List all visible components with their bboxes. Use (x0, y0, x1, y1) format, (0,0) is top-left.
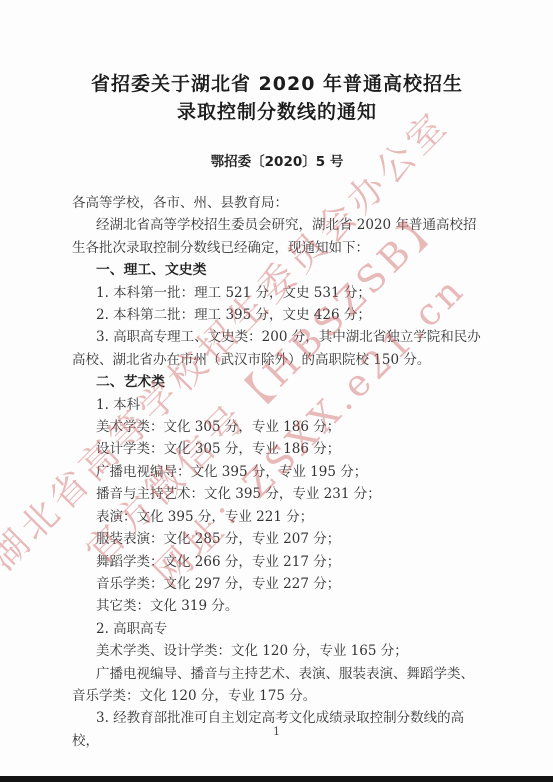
list-item: 播音与主持艺术：文化 395 分，专业 231 分； (72, 483, 482, 505)
document-title: 省招委关于湖北省 2020 年普通高校招生 录取控制分数线的通知 (72, 70, 482, 126)
list-item: 美术学类：文化 305 分，专业 186 分； (72, 416, 482, 438)
list-item: 服装表演：文化 285 分，专业 207 分； (72, 528, 482, 550)
list-item: 2. 本科第二批：理工 395 分，文史 426 分； (72, 304, 482, 326)
list-item: 2. 高职高专 (72, 618, 482, 640)
list-item: 1. 本科 (72, 394, 482, 416)
list-item: 1. 本科第一批：理工 521 分，文史 531 分； (72, 282, 482, 304)
section-heading-science-liberal-arts: 一、理工、文史类 (72, 259, 482, 281)
section-heading-arts: 二、艺术类 (72, 371, 482, 393)
list-item: 舞蹈学类：文化 266 分，专业 217 分； (72, 551, 482, 573)
list-item: 设计学类：文化 305 分，专业 186 分； (72, 438, 482, 460)
intro-paragraph: 经湖北省高等学校招生委员会研究，湖北省 2020 年普通高校招生各批次录取控制分… (72, 214, 482, 259)
list-item: 3. 高职高专理工、文史类：200 分，其中湖北省独立学院和民办高校、湖北省办在… (72, 326, 482, 371)
list-item: 美术学类、设计学类：文化 120 分，专业 165 分； (72, 640, 482, 662)
document-title-line1: 省招委关于湖北省 2020 年普通高校招生 (91, 73, 463, 95)
list-item: 表演：文化 395 分，专业 221 分； (72, 506, 482, 528)
list-item: 广播电视编导、播音与主持艺术、表演、服装表演、舞蹈学类、音乐学类：文化 120 … (72, 663, 482, 708)
document-content: 省招委关于湖北省 2020 年普通高校招生 录取控制分数线的通知 鄂招委〔202… (72, 0, 482, 752)
scan-edge-strip (0, 776, 553, 782)
list-item: 广播电视编导：文化 395 分，专业 195 分； (72, 461, 482, 483)
list-item: 其它类：文化 319 分。 (72, 595, 482, 617)
document-number: 鄂招委〔2020〕5 号 (72, 150, 482, 170)
page-number: 1 (0, 725, 553, 738)
document-page: 省招委关于湖北省 2020 年普通高校招生 录取控制分数线的通知 鄂招委〔202… (0, 0, 553, 782)
salutation: 各高等学校，各市、州、县教育局： (72, 192, 482, 214)
document-title-line2: 录取控制分数线的通知 (177, 101, 377, 123)
document-body: 各高等学校，各市、州、县教育局： 经湖北省高等学校招生委员会研究，湖北省 202… (72, 192, 482, 752)
list-item: 音乐学类：文化 297 分，专业 227 分； (72, 573, 482, 595)
